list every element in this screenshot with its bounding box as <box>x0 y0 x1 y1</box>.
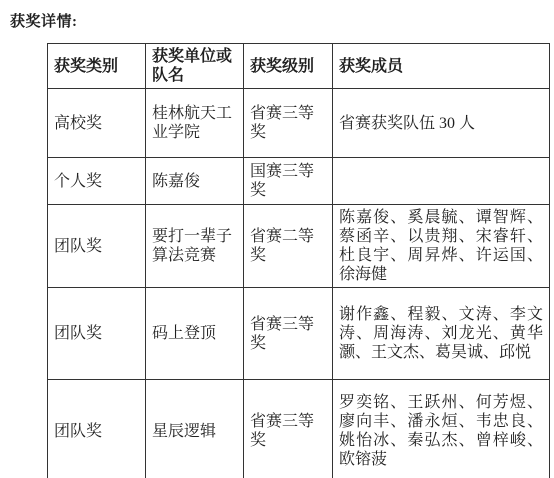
cell-members: 陈嘉俊、奚晨毓、谭智辉、蔡函辛、以贵翔、宋睿轩、杜良宇、周昇烨、许运国、徐海健 <box>333 205 550 288</box>
cell-members: 罗奕铭、王跃州、何芳煜、廖向丰、潘永烜、韦忠良、姚怡冰、秦弘杰、曾梓峻、欧镕菠 <box>333 380 550 478</box>
table-row: 团队奖 要打一辈子算法竞赛 省赛二等奖 陈嘉俊、奚晨毓、谭智辉、蔡函辛、以贵翔、… <box>48 205 550 288</box>
cell-team: 桂林航天工业学院 <box>146 89 244 158</box>
cell-level: 省赛三等奖 <box>244 288 333 380</box>
cell-category: 团队奖 <box>48 205 146 288</box>
table-row: 高校奖 桂林航天工业学院 省赛三等奖 省赛获奖队伍 30 人 <box>48 89 550 158</box>
cell-level: 省赛三等奖 <box>244 380 333 478</box>
cell-category: 团队奖 <box>48 380 146 478</box>
header-category: 获奖类别 <box>48 44 146 89</box>
document-page: 获奖详情: 获奖类别 获奖单位或队名 获奖级别 获奖成员 高校奖 桂林航天工业学… <box>0 0 554 478</box>
cell-category: 高校奖 <box>48 89 146 158</box>
cell-category: 个人奖 <box>48 158 146 205</box>
header-members: 获奖成员 <box>333 44 550 89</box>
cell-members <box>333 158 550 205</box>
table-row: 团队奖 星辰逻辑 省赛三等奖 罗奕铭、王跃州、何芳煜、廖向丰、潘永烜、韦忠良、姚… <box>48 380 550 478</box>
table-row: 个人奖 陈嘉俊 国赛三等奖 <box>48 158 550 205</box>
cell-category: 团队奖 <box>48 288 146 380</box>
cell-level: 省赛三等奖 <box>244 89 333 158</box>
table-row: 团队奖 码上登顶 省赛三等奖 谢作鑫、程毅、文涛、李文涛、周海涛、刘龙光、黄华灏… <box>48 288 550 380</box>
header-level: 获奖级别 <box>244 44 333 89</box>
cell-team: 要打一辈子算法竞赛 <box>146 205 244 288</box>
cell-level: 国赛三等奖 <box>244 158 333 205</box>
award-details-table: 获奖类别 获奖单位或队名 获奖级别 获奖成员 高校奖 桂林航天工业学院 省赛三等… <box>47 43 550 478</box>
cell-members: 省赛获奖队伍 30 人 <box>333 89 550 158</box>
cell-team: 星辰逻辑 <box>146 380 244 478</box>
cell-team: 码上登顶 <box>146 288 244 380</box>
page-title: 获奖详情: <box>10 10 78 31</box>
cell-members: 谢作鑫、程毅、文涛、李文涛、周海涛、刘龙光、黄华灏、王文杰、葛昊诚、邱悦 <box>333 288 550 380</box>
header-team: 获奖单位或队名 <box>146 44 244 89</box>
table-header-row: 获奖类别 获奖单位或队名 获奖级别 获奖成员 <box>48 44 550 89</box>
cell-team: 陈嘉俊 <box>146 158 244 205</box>
cell-level: 省赛二等奖 <box>244 205 333 288</box>
